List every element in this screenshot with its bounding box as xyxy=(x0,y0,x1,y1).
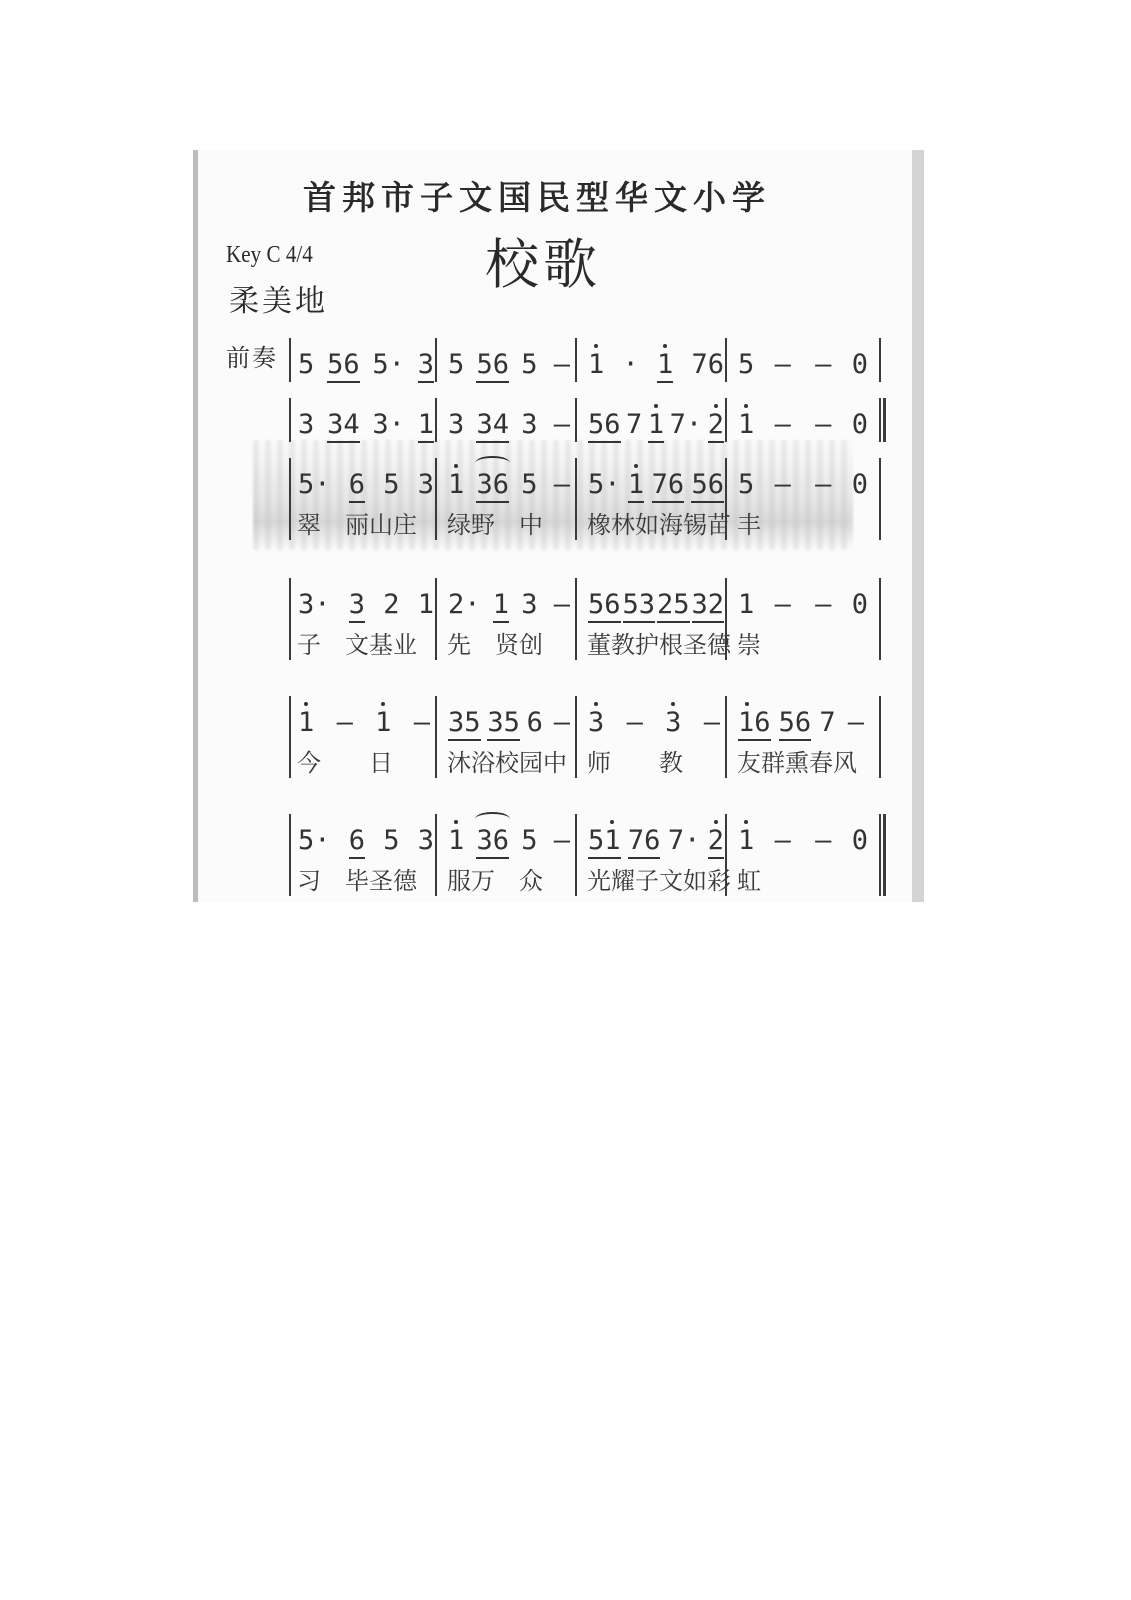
note: 0 xyxy=(851,588,869,622)
notation-row: 5·653习 毕圣德1365–服万 众51767·2光耀子文如彩1––0虹 xyxy=(289,814,883,896)
lyrics-line: 师 教 xyxy=(587,740,725,780)
note: 0 xyxy=(851,824,869,858)
barline xyxy=(879,458,881,540)
sustain-dash: – xyxy=(549,348,575,382)
barline xyxy=(879,578,881,660)
barline xyxy=(435,696,437,778)
note: 3 xyxy=(520,588,538,622)
octave-dot-icon xyxy=(304,702,308,706)
score-sheet: 首邦市子文国民型华文小学 校歌 Key C 4/4 柔美地 前奏 5565·35… xyxy=(193,150,924,902)
notation-row: 5·653翠 丽山庄1365–绿野 中5·17656橡林如海锡苗5––0丰 xyxy=(289,458,883,540)
key-signature: Key C 4/4 xyxy=(226,242,313,269)
notation-row: 1–1–今 日35356–沐浴校园中3–3–师 教16567–友群熏春风 xyxy=(289,696,883,778)
octave-dot-icon xyxy=(634,464,638,468)
eighth-underline xyxy=(628,857,661,859)
barline xyxy=(435,398,437,442)
prelude-label: 前奏 xyxy=(226,338,278,373)
note: · xyxy=(621,348,639,382)
eighth-underline xyxy=(476,857,509,859)
measure-notes: 2·13– xyxy=(447,578,575,622)
lyrics-line: 习 毕圣德 xyxy=(297,858,435,898)
sustain-dash: – xyxy=(770,408,796,442)
barline xyxy=(879,338,881,382)
note: 2 xyxy=(707,408,725,442)
measure-notes: 1–1– xyxy=(297,696,435,740)
note: 56 xyxy=(778,706,813,740)
barline xyxy=(725,696,727,778)
note: 1 xyxy=(417,588,435,622)
octave-dot-icon xyxy=(745,702,749,706)
measure: 1365–服万 众 xyxy=(447,814,575,898)
note: 76 xyxy=(627,824,662,858)
barline xyxy=(575,578,577,660)
note: 5 xyxy=(737,348,755,382)
eighth-underline xyxy=(349,857,365,859)
barline xyxy=(289,814,291,896)
note: 3 xyxy=(520,408,538,442)
note: 1 xyxy=(492,588,510,622)
measure-notes: 5·653 xyxy=(297,458,435,502)
barline xyxy=(879,696,881,778)
lyrics-line: 绿野 中 xyxy=(447,502,575,542)
eighth-underline xyxy=(657,621,690,623)
sustain-dash: – xyxy=(770,468,796,502)
measure: 35356–沐浴校园中 xyxy=(447,696,575,780)
note: 1 xyxy=(447,824,465,858)
note: 0 xyxy=(851,348,869,382)
sustain-dash: – xyxy=(843,706,869,740)
barline xyxy=(289,578,291,660)
measure: 5565– xyxy=(447,338,575,382)
lyrics-line: 董教护根圣德 xyxy=(587,622,725,662)
barline xyxy=(289,338,291,382)
sustain-dash: – xyxy=(810,824,836,858)
measure: 56717·2 xyxy=(587,398,725,442)
barline xyxy=(725,338,727,382)
eighth-underline xyxy=(476,381,509,383)
note: 5 xyxy=(382,824,400,858)
note: 3 xyxy=(417,468,435,502)
note: 5· xyxy=(297,468,332,502)
measure-notes: 56532532 xyxy=(587,578,725,622)
note: 56 xyxy=(475,348,510,382)
measure-notes: 35356– xyxy=(447,696,575,740)
eighth-underline xyxy=(588,857,621,859)
note: 56 xyxy=(326,348,361,382)
eighth-underline xyxy=(418,381,434,383)
lyrics-line: 崇 xyxy=(737,622,869,662)
measure: 1–1–今 日 xyxy=(297,696,435,780)
sheet-right-border xyxy=(912,150,924,902)
measure-notes: 1·176 xyxy=(587,338,725,382)
note: 7· xyxy=(667,824,702,858)
eighth-underline xyxy=(588,621,621,623)
measure-notes: 1––0 xyxy=(737,398,869,442)
barline xyxy=(289,696,291,778)
measure-notes: 1365– xyxy=(447,458,575,502)
octave-dot-icon xyxy=(714,404,718,408)
note: 1 xyxy=(647,408,665,442)
measure: 5565·3 xyxy=(297,338,435,382)
barline xyxy=(435,578,437,660)
note: 5· xyxy=(297,824,332,858)
barline xyxy=(289,398,291,442)
measure: 1––0 xyxy=(737,398,869,442)
eighth-underline xyxy=(657,381,673,383)
notation-row: 5565·35565–1·1765––0 xyxy=(289,338,883,382)
double-barline xyxy=(879,398,886,442)
barline xyxy=(575,398,577,442)
note: 3· xyxy=(297,588,332,622)
measure-notes: 51767·2 xyxy=(587,814,725,858)
note: 5 xyxy=(520,468,538,502)
measure-notes: 5565– xyxy=(447,338,575,382)
eighth-underline xyxy=(652,501,685,503)
octave-dot-icon xyxy=(744,404,748,408)
note: 1 xyxy=(417,408,435,442)
note: 1 xyxy=(737,408,755,442)
eighth-underline xyxy=(418,441,434,443)
note: 56 xyxy=(690,468,725,502)
note: 53 xyxy=(622,588,657,622)
measure-notes: 1––0 xyxy=(737,814,869,858)
octave-dot-icon xyxy=(594,344,598,348)
note: 76 xyxy=(690,348,725,382)
measure: 5––0丰 xyxy=(737,458,869,542)
barline xyxy=(575,696,577,778)
measure-notes: 5·653 xyxy=(297,814,435,858)
note: 32 xyxy=(691,588,726,622)
lyrics-line: 橡林如海锡苗 xyxy=(587,502,725,542)
eighth-underline xyxy=(588,441,621,443)
note: 3 xyxy=(664,706,682,740)
sustain-dash: – xyxy=(409,706,435,740)
note: 35 xyxy=(447,706,482,740)
slur-arc xyxy=(475,456,510,470)
note: 5 xyxy=(737,468,755,502)
note: 25 xyxy=(656,588,691,622)
eighth-underline xyxy=(648,441,664,443)
sustain-dash: – xyxy=(810,468,836,502)
eighth-underline xyxy=(327,381,360,383)
lyrics-line: 虹 xyxy=(737,858,869,898)
eighth-underline xyxy=(708,441,724,443)
note: 3 xyxy=(348,588,366,622)
measure: 3·321子 文基业 xyxy=(297,578,435,662)
sustain-dash: – xyxy=(549,468,575,502)
eighth-underline xyxy=(628,501,644,503)
note: 6 xyxy=(526,706,544,740)
note: 3 xyxy=(297,408,315,442)
octave-dot-icon xyxy=(610,820,614,824)
note: 0 xyxy=(851,408,869,442)
note: 51 xyxy=(587,824,622,858)
note: 0 xyxy=(851,468,869,502)
note: 1 xyxy=(587,348,605,382)
song-title: 校歌 xyxy=(485,222,601,299)
measure-notes: 3343·1 xyxy=(297,398,435,442)
measure: 1––0虹 xyxy=(737,814,869,898)
note: 5 xyxy=(297,348,315,382)
note: 2 xyxy=(707,824,725,858)
lyrics-line: 翠 丽山庄 xyxy=(297,502,435,542)
lyrics-line: 沐浴校园中 xyxy=(447,740,575,780)
eighth-underline xyxy=(476,441,509,443)
eighth-underline xyxy=(487,739,520,741)
eighth-underline xyxy=(623,621,656,623)
octave-dot-icon xyxy=(454,464,458,468)
note: 36 xyxy=(475,824,510,858)
note: 1 xyxy=(374,706,392,740)
note: 7 xyxy=(818,706,836,740)
note: 1 xyxy=(447,468,465,502)
sustain-dash: – xyxy=(770,348,796,382)
measure: 1·176 xyxy=(587,338,725,382)
sustain-dash: – xyxy=(810,348,836,382)
eighth-underline xyxy=(327,441,360,443)
measure: 5·17656橡林如海锡苗 xyxy=(587,458,725,542)
barline xyxy=(289,458,291,540)
sustain-dash: – xyxy=(810,408,836,442)
note: 5 xyxy=(447,348,465,382)
barline xyxy=(575,338,577,382)
eighth-underline xyxy=(349,621,365,623)
note: 6 xyxy=(348,468,366,502)
note: 3 xyxy=(417,348,435,382)
measure: 3–3–师 教 xyxy=(587,696,725,780)
lyrics-line: 子 文基业 xyxy=(297,622,435,662)
sustain-dash: – xyxy=(770,588,796,622)
lyrics-line: 服万 众 xyxy=(447,858,575,898)
barline xyxy=(725,398,727,442)
sustain-dash: – xyxy=(699,706,725,740)
measure-notes: 16567– xyxy=(737,696,869,740)
lyrics-line: 先 贤创 xyxy=(447,622,575,662)
note: 36 xyxy=(475,468,510,502)
slur-arc xyxy=(475,812,510,826)
note: 3 xyxy=(447,408,465,442)
measure-notes: 1––0 xyxy=(737,578,869,622)
measure-notes: 5––0 xyxy=(737,458,869,502)
barline xyxy=(575,814,577,896)
notation-row: 3343·13343–56717·21––0 xyxy=(289,398,883,442)
measure: 1––0崇 xyxy=(737,578,869,662)
note: 1 xyxy=(656,348,674,382)
note: 1 xyxy=(627,468,645,502)
note: 6 xyxy=(348,824,366,858)
sustain-dash: – xyxy=(770,824,796,858)
measure-notes: 5·17656 xyxy=(587,458,725,502)
measure: 3343– xyxy=(447,398,575,442)
octave-dot-icon xyxy=(714,820,718,824)
note: 5 xyxy=(382,468,400,502)
measure: 51767·2光耀子文如彩 xyxy=(587,814,725,898)
note: 5 xyxy=(520,824,538,858)
measure: 1365–绿野 中 xyxy=(447,458,575,542)
double-barline xyxy=(879,814,886,896)
notation-row: 3·321子 文基业2·13–先 贤创56532532董教护根圣德1––0崇 xyxy=(289,578,883,660)
note: 16 xyxy=(737,706,772,740)
measure-notes: 3343– xyxy=(447,398,575,442)
eighth-underline xyxy=(738,739,771,741)
measure: 16567–友群熏春风 xyxy=(737,696,869,780)
lyrics-line: 光耀子文如彩 xyxy=(587,858,725,898)
note: 3· xyxy=(371,408,406,442)
note: 56 xyxy=(587,588,622,622)
measure: 3343·1 xyxy=(297,398,435,442)
octave-dot-icon xyxy=(454,820,458,824)
octave-dot-icon xyxy=(381,702,385,706)
note: 76 xyxy=(651,468,686,502)
note: 1 xyxy=(297,706,315,740)
note: 34 xyxy=(475,408,510,442)
note: 56 xyxy=(587,408,622,442)
note: 34 xyxy=(326,408,361,442)
note: 3 xyxy=(587,706,605,740)
sustain-dash: – xyxy=(622,706,648,740)
sustain-dash: – xyxy=(332,706,358,740)
lyrics-line: 友群熏春风 xyxy=(737,740,869,780)
note: 5 xyxy=(520,348,538,382)
measure: 5·653习 毕圣德 xyxy=(297,814,435,898)
note: 5· xyxy=(371,348,406,382)
octave-dot-icon xyxy=(594,702,598,706)
lyrics-line: 今 日 xyxy=(297,740,435,780)
eighth-underline xyxy=(448,739,481,741)
measure-notes: 3·321 xyxy=(297,578,435,622)
measure: 5·653翠 丽山庄 xyxy=(297,458,435,542)
sheet-left-border xyxy=(193,150,198,902)
eighth-underline xyxy=(708,857,724,859)
eighth-underline xyxy=(692,621,725,623)
eighth-underline xyxy=(476,501,509,503)
note: 3 xyxy=(417,824,435,858)
measure-notes: 5––0 xyxy=(737,338,869,382)
note: 1 xyxy=(737,588,755,622)
measure-notes: 3–3– xyxy=(587,696,725,740)
barline xyxy=(435,458,437,540)
octave-dot-icon xyxy=(744,820,748,824)
note: 7 xyxy=(625,408,643,442)
note: 2 xyxy=(382,588,400,622)
tempo-marking: 柔美地 xyxy=(229,276,328,320)
octave-dot-icon xyxy=(663,344,667,348)
measure: 5––0 xyxy=(737,338,869,382)
sustain-dash: – xyxy=(549,706,575,740)
eighth-underline xyxy=(779,739,812,741)
note: 1 xyxy=(737,824,755,858)
barline xyxy=(575,458,577,540)
octave-dot-icon xyxy=(671,702,675,706)
note: 2· xyxy=(447,588,482,622)
barline xyxy=(435,338,437,382)
eighth-underline xyxy=(691,501,724,503)
eighth-underline xyxy=(493,621,509,623)
sustain-dash: – xyxy=(549,408,575,442)
note: 7· xyxy=(669,408,704,442)
lyrics-line: 丰 xyxy=(737,502,869,542)
note: 5· xyxy=(587,468,622,502)
measure: 2·13–先 贤创 xyxy=(447,578,575,662)
measure: 56532532董教护根圣德 xyxy=(587,578,725,662)
measure-notes: 56717·2 xyxy=(587,398,725,442)
octave-dot-icon xyxy=(654,404,658,408)
school-name: 首邦市子文国民型华文小学 xyxy=(303,172,771,219)
sustain-dash: – xyxy=(810,588,836,622)
barline xyxy=(435,814,437,896)
eighth-underline xyxy=(349,501,365,503)
measure-notes: 1365– xyxy=(447,814,575,858)
measure-notes: 5565·3 xyxy=(297,338,435,382)
sustain-dash: – xyxy=(549,588,575,622)
note: 35 xyxy=(486,706,521,740)
sustain-dash: – xyxy=(549,824,575,858)
